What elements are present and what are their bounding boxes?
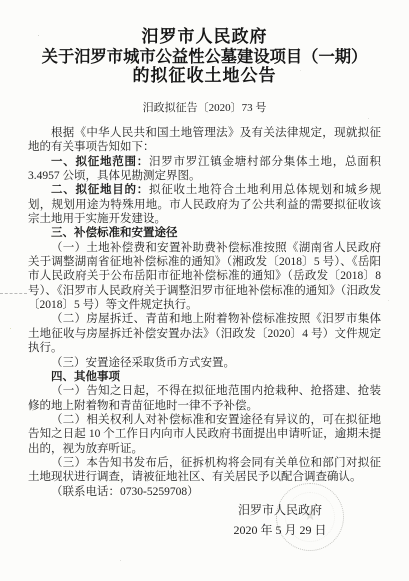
- para-scope-heading: 一、拟征地范围：: [51, 156, 149, 168]
- intro-paragraph: 根据《中华人民共和国土地管理法》及有关法律规定，现就拟征地的有关事项告知如下：: [28, 126, 381, 155]
- para-hearing-rights: （二）相关权利人对补偿标准和安置途径有异议的，可在拟征地告知之日起 10 个工作…: [28, 413, 381, 456]
- para-survey-cooperation: （三）本告知书发布后，征拆机构将会同有关单位和部门对拟征土地现状进行调查，请被征…: [28, 456, 381, 485]
- title-line-3: 的拟征收土地公告: [0, 66, 409, 86]
- signature-block: 汨罗市人民政府 2020 年 5 月 29 日: [224, 501, 336, 540]
- heading-other-items: 四、其他事项: [28, 370, 381, 384]
- para-house-demolition-text: （二）房屋拆迁、青苗和地上附着物补偿标准按照《汨罗市集体土地征收与房屋拆迁补偿安…: [28, 313, 381, 354]
- document-title: 汨罗市人民政府 关于汨罗市城市公益性公墓建设项目（一期） 的拟征收土地公告: [0, 27, 409, 86]
- para-contact-phone-text: （联系电话：0730-5259708）: [51, 486, 199, 498]
- signature-org: 汨罗市人民政府: [224, 501, 336, 521]
- document-page: 汨罗市人民政府 关于汨罗市城市公益性公墓建设项目（一期） 的拟征收土地公告 汨政…: [0, 0, 409, 581]
- scan-artifact-line: [0, 293, 27, 294]
- para-no-rush-planting: （一）告知之日起，不得在拟征地范围内抢栽种、抢搭建、抢装修的地上附着物和青苗征地…: [28, 384, 381, 413]
- heading-compensation-label: 三、补偿标准和安置途径: [51, 227, 178, 239]
- para-no-rush-planting-text: （一）告知之日起，不得在拟征地范围内抢栽种、抢搭建、抢装修的地上附着物和青苗征地…: [28, 385, 381, 411]
- para-scope: 一、拟征地范围：汨罗市罗江镇金塘村部分集体土地，总面积 3.4957 公顷，具体…: [28, 155, 381, 184]
- para-purpose-heading: 二、拟征地目的：: [51, 184, 149, 196]
- para-resettlement: （三）安置途径采取货币方式安置。: [28, 356, 381, 370]
- title-line-1: 汨罗市人民政府: [0, 27, 409, 47]
- para-compensation-standard: （一）土地补偿费和安置补助费补偿标准按照《湖南省人民政府关于调整湖南省征地补偿标…: [28, 241, 381, 313]
- document-number: 汨政拟征告〔2020〕73 号: [0, 99, 409, 115]
- para-resettlement-text: （三）安置途径采取货币方式安置。: [51, 357, 235, 369]
- heading-other-items-label: 四、其他事项: [51, 371, 120, 383]
- heading-compensation: 三、补偿标准和安置途径: [28, 226, 381, 240]
- para-survey-cooperation-text: （三）本告知书发布后，征拆机构将会同有关单位和部门对拟征土地现状进行调查，请被征…: [28, 457, 381, 483]
- para-purpose: 二、拟征地目的：拟征收土地符合土地利用总体规划和城乡规划，规划用途为特殊用地。市…: [28, 183, 381, 226]
- title-line-2: 关于汨罗市城市公益性公墓建设项目（一期）: [0, 47, 409, 67]
- para-house-demolition: （二）房屋拆迁、青苗和地上附着物补偿标准按照《汨罗市集体土地征收与房屋拆迁补偿安…: [28, 312, 381, 355]
- para-compensation-standard-text: （一）土地补偿费和安置补助费补偿标准按照《湖南省人民政府关于调整湖南省征地补偿标…: [28, 242, 381, 311]
- document-body: 根据《中华人民共和国土地管理法》及有关法律规定，现就拟征地的有关事项告知如下： …: [28, 126, 381, 499]
- para-hearing-rights-text: （二）相关权利人对补偿标准和安置途径有异议的，可在拟征地告知之日起 10 个工作…: [28, 414, 381, 455]
- signature-date: 2020 年 5 月 29 日: [224, 521, 336, 541]
